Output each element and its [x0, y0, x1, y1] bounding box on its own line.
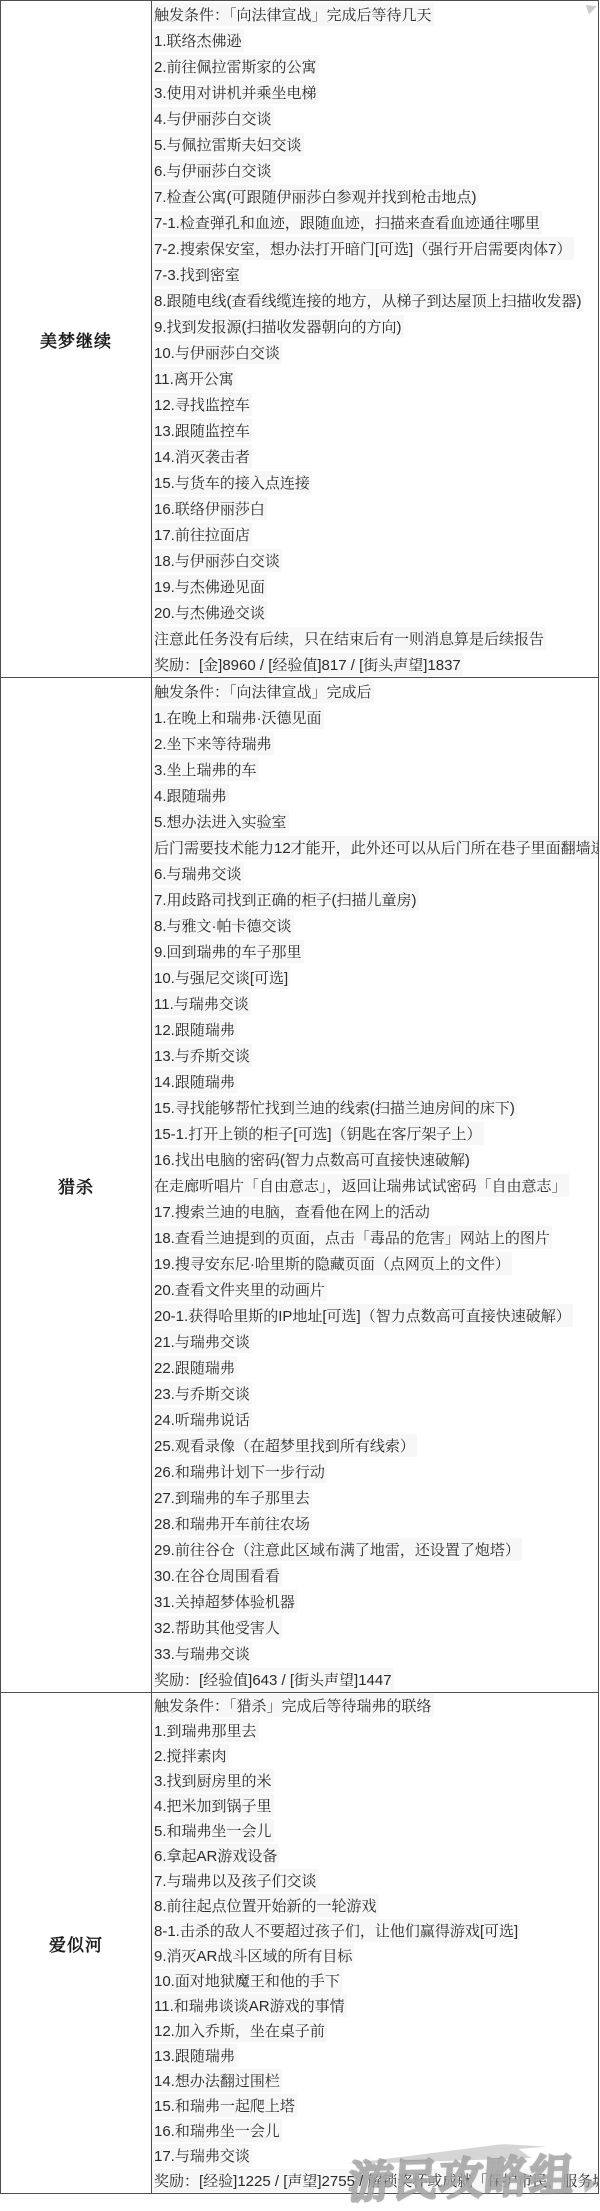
- step-text: 11.和瑞弗谈谈AR游戏的事情: [152, 1994, 347, 2017]
- quest-name-cell: 美梦继续: [1, 1, 152, 678]
- step-text: 5.想办法进入实验室: [152, 810, 289, 833]
- step-text: 1.在晚上和瑞弗·沃德见面: [152, 706, 324, 729]
- step-text: 5.与佩拉雷斯夫妇交谈: [152, 133, 304, 156]
- step-line: 17.搜索兰迪的电脑，查看他在网上的活动: [152, 1198, 598, 1224]
- quest-name: 爱似河: [49, 1936, 103, 1955]
- step-text: 8-1.击杀的敌人不要超过孩子们，让他们赢得游戏[可选]: [152, 1919, 520, 1942]
- step-line: 触发条件：「猎杀」完成后等待瑞弗的联络: [152, 1693, 598, 1718]
- step-line: 8.前往起点位置开始新的一轮游戏: [152, 1893, 598, 1918]
- step-line: 19.与杰佛逊见面: [152, 573, 598, 599]
- step-text: 7.用歧路司找到正确的柜子(扫描儿童房): [152, 888, 419, 911]
- step-text: 7-3.找到密室: [152, 263, 242, 286]
- step-text: 24.听瑞弗说话: [152, 1408, 252, 1431]
- step-line: 8.与雅文·帕卡德交谈: [152, 912, 598, 938]
- step-line: 12.加入乔斯，坐在桌子前: [152, 2018, 598, 2043]
- step-line: 11.与瑞弗交谈: [152, 990, 598, 1016]
- step-text: 7.与瑞弗以及孩子们交谈: [152, 1869, 319, 1892]
- step-line: 1.到瑞弗那里去: [152, 1718, 598, 1743]
- step-text: 触发条件：「向法律宣战」完成后等待几天: [152, 3, 434, 26]
- step-line: 11.离开公寓: [152, 365, 598, 391]
- step-line: 注意此任务没有后续，只在结束后有一则消息算是后续报告: [152, 625, 598, 651]
- step-text: 19.与杰佛逊见面: [152, 575, 267, 598]
- step-text: 在走廊听唱片「自由意志」，返回让瑞弗试试密码「自由意志」: [152, 1174, 569, 1197]
- quest-steps-cell: 触发条件：「向法律宣战」完成后1.在晚上和瑞弗·沃德见面2.坐下来等待瑞弗3.坐…: [152, 678, 599, 1693]
- step-text: 触发条件：「向法律宣战」完成后: [152, 680, 374, 703]
- step-line: 6.拿起AR游戏设备: [152, 1843, 598, 1868]
- quest-row-the-hunt: 猎杀 触发条件：「向法律宣战」完成后1.在晚上和瑞弗·沃德见面2.坐下来等待瑞弗…: [1, 678, 599, 1693]
- step-line: 16.找出电脑的密码(智力点数高可直接快速破解): [152, 1146, 598, 1172]
- step-text: 2.搅拌素肉: [152, 1744, 229, 1767]
- quest-name: 猎杀: [58, 1178, 94, 1197]
- step-text: 20.查看文件夹里的动画片: [152, 1278, 327, 1301]
- step-line: 4.把米加到锅子里: [152, 1793, 598, 1818]
- step-text: 13.与乔斯交谈: [152, 1044, 252, 1067]
- step-line: 奖励：[经验]1225 / [声望]2755 / 解锁奖杯或成就「保护市民，服务…: [152, 2168, 598, 2193]
- step-text: 17.与瑞弗交谈: [152, 2144, 252, 2167]
- quest-guide-page: 美梦继续 触发条件：「向法律宣战」完成后等待几天1.联络杰佛逊2.前往佩拉雷斯家…: [0, 0, 600, 2211]
- step-line: 3.使用对讲机并乘坐电梯: [152, 79, 598, 105]
- step-text: 奖励：[经验值]643 / [街头声望]1447: [152, 1668, 394, 1691]
- step-text: 16.找出电脑的密码(智力点数高可直接快速破解): [152, 1148, 472, 1171]
- step-line: 13.跟随瑞弗: [152, 2043, 598, 2068]
- step-line: 5.和瑞弗坐一会儿: [152, 1818, 598, 1843]
- step-text: 16.和瑞弗坐一会儿: [152, 2119, 282, 2142]
- step-text: 9.消灭AR战斗区域的所有目标: [152, 1944, 354, 1967]
- step-line: 奖励：[经验值]643 / [街头声望]1447: [152, 1666, 598, 1692]
- step-line: 触发条件：「向法律宣战」完成后: [152, 678, 598, 704]
- step-text: 13.跟随监控车: [152, 419, 252, 442]
- step-line: 3.坐上瑞弗的车: [152, 756, 598, 782]
- step-text: 4.把米加到锅子里: [152, 1794, 274, 1817]
- step-text: 6.与瑞弗交谈: [152, 862, 244, 885]
- step-line: 21.与瑞弗交谈: [152, 1328, 598, 1354]
- step-text: 8.与雅文·帕卡德交谈: [152, 914, 294, 937]
- step-line: 11.和瑞弗谈谈AR游戏的事情: [152, 1993, 598, 2018]
- step-line: 8.跟随电线(查看线缆连接的地方，从梯子到达屋顶上扫描收发器): [152, 287, 598, 313]
- step-text: 28.和瑞弗开车前往农场: [152, 1512, 312, 1535]
- step-line: 4.与伊丽莎白交谈: [152, 105, 598, 131]
- step-line: 7-3.找到密室: [152, 261, 598, 287]
- step-text: 3.坐上瑞弗的车: [152, 758, 259, 781]
- step-line: 10.面对地狱魔王和他的手下: [152, 1968, 598, 1993]
- step-text: 3.使用对讲机并乘坐电梯: [152, 81, 319, 104]
- quest-table-body: 美梦继续 触发条件：「向法律宣战」完成后等待几天1.联络杰佛逊2.前往佩拉雷斯家…: [1, 1, 599, 2194]
- step-text: 17.前往拉面店: [152, 523, 252, 546]
- step-text: 9.找到发报源(扫描收发器朝向的方向): [152, 315, 404, 338]
- step-text: 15.和瑞弗一起爬上塔: [152, 2094, 297, 2117]
- step-text: 23.与乔斯交谈: [152, 1382, 252, 1405]
- step-text: 12.加入乔斯，坐在桌子前: [152, 2019, 327, 2042]
- step-text: 25.观看录像（在超梦里找到所有线索）: [152, 1434, 417, 1457]
- step-text: 奖励：[经验]1225 / [声望]2755 / 解锁奖杯或成就「保护市民，服务…: [152, 2169, 598, 2192]
- step-line: 18.查看兰迪提到的页面，点击「毒品的危害」网站上的图片: [152, 1224, 598, 1250]
- step-text: 14.消灭袭击者: [152, 445, 252, 468]
- quest-walkthrough-table: 美梦继续 触发条件：「向法律宣战」完成后等待几天1.联络杰佛逊2.前往佩拉雷斯家…: [0, 0, 599, 2194]
- step-line: 15-1.打开上锁的柜子[可选]（钥匙在客厅架子上）: [152, 1120, 598, 1146]
- step-line: 7.用歧路司找到正确的柜子(扫描儿童房): [152, 886, 598, 912]
- step-line: 19.搜寻安东尼·哈里斯的隐藏页面（点网页上的文件）: [152, 1250, 598, 1276]
- step-text: 27.到瑞弗的车子那里去: [152, 1486, 312, 1509]
- step-line: 7.与瑞弗以及孩子们交谈: [152, 1868, 598, 1893]
- step-line: 7.检查公寓(可跟随伊丽莎白参观并找到枪击地点): [152, 183, 598, 209]
- step-line: 26.和瑞弗计划下一步行动: [152, 1458, 598, 1484]
- step-line: 5.与佩拉雷斯夫妇交谈: [152, 131, 598, 157]
- step-text: 5.和瑞弗坐一会儿: [152, 1819, 274, 1842]
- step-text: 12.寻找监控车: [152, 393, 252, 416]
- step-line: 16.联络伊丽莎白: [152, 495, 598, 521]
- step-text: 31.关掉超梦体验机器: [152, 1590, 297, 1613]
- quest-row-dream-on: 美梦继续 触发条件：「向法律宣战」完成后等待几天1.联络杰佛逊2.前往佩拉雷斯家…: [1, 1, 599, 678]
- step-line: 10.与强尼交谈[可选]: [152, 964, 598, 990]
- step-line: 10.与伊丽莎白交谈: [152, 339, 598, 365]
- step-line: 20.与杰佛逊交谈: [152, 599, 598, 625]
- step-line: 17.与瑞弗交谈: [152, 2143, 598, 2168]
- step-line: 2.搅拌素肉: [152, 1743, 598, 1768]
- step-line: 27.到瑞弗的车子那里去: [152, 1484, 598, 1510]
- step-text: 11.离开公寓: [152, 367, 236, 390]
- step-line: 32.帮助其他受害人: [152, 1614, 598, 1640]
- step-line: 后门需要技术能力12才能开，此外还可以从后门所在巷子里面翻墙进去: [152, 834, 598, 860]
- step-text: 15.与货车的接入点连接: [152, 471, 312, 494]
- step-line: 29.前往谷仓（注意此区域布满了地雷，还设置了炮塔）: [152, 1536, 598, 1562]
- step-line: 31.关掉超梦体验机器: [152, 1588, 598, 1614]
- step-text: 9.回到瑞弗的车子那里: [152, 940, 304, 963]
- step-line: 17.前往拉面店: [152, 521, 598, 547]
- step-text: 16.联络伊丽莎白: [152, 497, 267, 520]
- step-text: 1.联络杰佛逊: [152, 29, 244, 52]
- step-text: 4.跟随瑞弗: [152, 784, 229, 807]
- step-line: 2.前往佩拉雷斯家的公寓: [152, 53, 598, 79]
- step-line: 24.听瑞弗说话: [152, 1406, 598, 1432]
- step-line: 7-1.检查弹孔和血迹，跟随血迹，扫描来查看血迹通往哪里: [152, 209, 598, 235]
- step-line: 12.跟随瑞弗: [152, 1016, 598, 1042]
- step-line: 14.跟随瑞弗: [152, 1068, 598, 1094]
- step-text: 7-2.搜索保安室，想办法打开暗门[可选]（强行开启需要肉体7）: [152, 237, 574, 260]
- step-line: 15.与货车的接入点连接: [152, 469, 598, 495]
- step-line: 触发条件：「向法律宣战」完成后等待几天: [152, 1, 598, 27]
- step-text: 13.跟随瑞弗: [152, 2044, 237, 2067]
- step-line: 15.和瑞弗一起爬上塔: [152, 2093, 598, 2118]
- step-text: 触发条件：「猎杀」完成后等待瑞弗的联络: [152, 1694, 434, 1717]
- step-text: 7.检查公寓(可跟随伊丽莎白参观并找到枪击地点): [152, 185, 479, 208]
- step-line: 9.回到瑞弗的车子那里: [152, 938, 598, 964]
- step-line: 7-2.搜索保安室，想办法打开暗门[可选]（强行开启需要肉体7）: [152, 235, 598, 261]
- step-line: 奖励：[金]8960 / [经验值]817 / [街头声望]1837: [152, 651, 598, 677]
- step-line: 14.想办法翻过围栏: [152, 2068, 598, 2093]
- step-line: 1.联络杰佛逊: [152, 27, 598, 53]
- step-text: 17.搜索兰迪的电脑，查看他在网上的活动: [152, 1200, 432, 1223]
- quest-name-cell: 爱似河: [1, 1693, 152, 2194]
- step-line: 9.消灭AR战斗区域的所有目标: [152, 1943, 598, 1968]
- step-text: 2.前往佩拉雷斯家的公寓: [152, 55, 319, 78]
- step-text: 20.与杰佛逊交谈: [152, 601, 267, 624]
- step-text: 6.与伊丽莎白交谈: [152, 159, 274, 182]
- step-text: 32.帮助其他受害人: [152, 1616, 282, 1639]
- step-text: 10.与强尼交谈[可选]: [152, 966, 290, 989]
- step-line: 12.寻找监控车: [152, 391, 598, 417]
- step-line: 23.与乔斯交谈: [152, 1380, 598, 1406]
- step-text: 1.到瑞弗那里去: [152, 1719, 259, 1742]
- step-line: 15.寻找能够帮忙找到兰迪的线索(扫描兰迪房间的床下): [152, 1094, 598, 1120]
- step-text: 奖励：[金]8960 / [经验值]817 / [街头声望]1837: [152, 653, 463, 676]
- quest-row-following-the-river: 爱似河 触发条件：「猎杀」完成后等待瑞弗的联络1.到瑞弗那里去2.搅拌素肉3.找…: [1, 1693, 599, 2194]
- step-text: 注意此任务没有后续，只在结束后有一则消息算是后续报告: [152, 627, 546, 650]
- step-text: 2.坐下来等待瑞弗: [152, 732, 274, 755]
- step-text: 3.找到厨房里的米: [152, 1769, 274, 1792]
- step-line: 3.找到厨房里的米: [152, 1768, 598, 1793]
- step-text: 10.面对地狱魔王和他的手下: [152, 1969, 342, 1992]
- step-text: 8.跟随电线(查看线缆连接的地方，从梯子到达屋顶上扫描收发器): [152, 289, 584, 312]
- step-line: 18.与伊丽莎白交谈: [152, 547, 598, 573]
- step-text: 18.与伊丽莎白交谈: [152, 549, 282, 572]
- step-line: 在走廊听唱片「自由意志」，返回让瑞弗试试密码「自由意志」: [152, 1172, 598, 1198]
- step-line: 2.坐下来等待瑞弗: [152, 730, 598, 756]
- step-line: 8-1.击杀的敌人不要超过孩子们，让他们赢得游戏[可选]: [152, 1918, 598, 1943]
- step-text: 20-1.获得哈里斯的IP地址[可选]（智力点数高可直接快速破解）: [152, 1304, 573, 1327]
- step-text: 12.跟随瑞弗: [152, 1018, 237, 1041]
- step-line: 20.查看文件夹里的动画片: [152, 1276, 598, 1302]
- step-text: 4.与伊丽莎白交谈: [152, 107, 274, 130]
- step-text: 19.搜寻安东尼·哈里斯的隐藏页面（点网页上的文件）: [152, 1252, 512, 1275]
- step-line: 30.在谷仓周围看看: [152, 1562, 598, 1588]
- step-text: 10.与伊丽莎白交谈: [152, 341, 282, 364]
- step-text: 26.和瑞弗计划下一步行动: [152, 1460, 327, 1483]
- step-line: 20-1.获得哈里斯的IP地址[可选]（智力点数高可直接快速破解）: [152, 1302, 598, 1328]
- step-text: 29.前往谷仓（注意此区域布满了地雷，还设置了炮塔）: [152, 1538, 522, 1561]
- step-text: 33.与瑞弗交谈: [152, 1642, 252, 1665]
- step-line: 4.跟随瑞弗: [152, 782, 598, 808]
- step-line: 6.与伊丽莎白交谈: [152, 157, 598, 183]
- step-line: 13.跟随监控车: [152, 417, 598, 443]
- step-line: 22.跟随瑞弗: [152, 1354, 598, 1380]
- step-line: 33.与瑞弗交谈: [152, 1640, 598, 1666]
- step-line: 9.找到发报源(扫描收发器朝向的方向): [152, 313, 598, 339]
- step-text: 后门需要技术能力12才能开，此外还可以从后门所在巷子里面翻墙进去: [152, 836, 598, 859]
- step-text: 8.前往起点位置开始新的一轮游戏: [152, 1894, 379, 1917]
- step-line: 13.与乔斯交谈: [152, 1042, 598, 1068]
- quest-name-cell: 猎杀: [1, 678, 152, 1693]
- step-text: 7-1.检查弹孔和血迹，跟随血迹，扫描来查看血迹通往哪里: [152, 211, 542, 234]
- quest-steps-cell: 触发条件：「猎杀」完成后等待瑞弗的联络1.到瑞弗那里去2.搅拌素肉3.找到厨房里…: [152, 1693, 599, 2194]
- step-line: 1.在晚上和瑞弗·沃德见面: [152, 704, 598, 730]
- step-line: 14.消灭袭击者: [152, 443, 598, 469]
- quest-steps-cell: 触发条件：「向法律宣战」完成后等待几天1.联络杰佛逊2.前往佩拉雷斯家的公寓3.…: [152, 1, 599, 678]
- step-text: 14.跟随瑞弗: [152, 1070, 237, 1093]
- step-text: 6.拿起AR游戏设备: [152, 1844, 279, 1867]
- step-text: 11.与瑞弗交谈: [152, 992, 251, 1015]
- step-text: 22.跟随瑞弗: [152, 1356, 237, 1379]
- step-line: 5.想办法进入实验室: [152, 808, 598, 834]
- step-text: 21.与瑞弗交谈: [152, 1330, 252, 1353]
- step-text: 18.查看兰迪提到的页面，点击「毒品的危害」网站上的图片: [152, 1226, 552, 1249]
- step-text: 15.寻找能够帮忙找到兰迪的线索(扫描兰迪房间的床下): [152, 1096, 517, 1119]
- step-line: 16.和瑞弗坐一会儿: [152, 2118, 598, 2143]
- step-text: 14.想办法翻过围栏: [152, 2069, 282, 2092]
- step-line: 25.观看录像（在超梦里找到所有线索）: [152, 1432, 598, 1458]
- step-line: 6.与瑞弗交谈: [152, 860, 598, 886]
- step-line: 28.和瑞弗开车前往农场: [152, 1510, 598, 1536]
- step-text: 15-1.打开上锁的柜子[可选]（钥匙在客厅架子上）: [152, 1122, 484, 1145]
- step-text: 30.在谷仓周围看看: [152, 1564, 282, 1587]
- quest-name: 美梦继续: [40, 332, 112, 351]
